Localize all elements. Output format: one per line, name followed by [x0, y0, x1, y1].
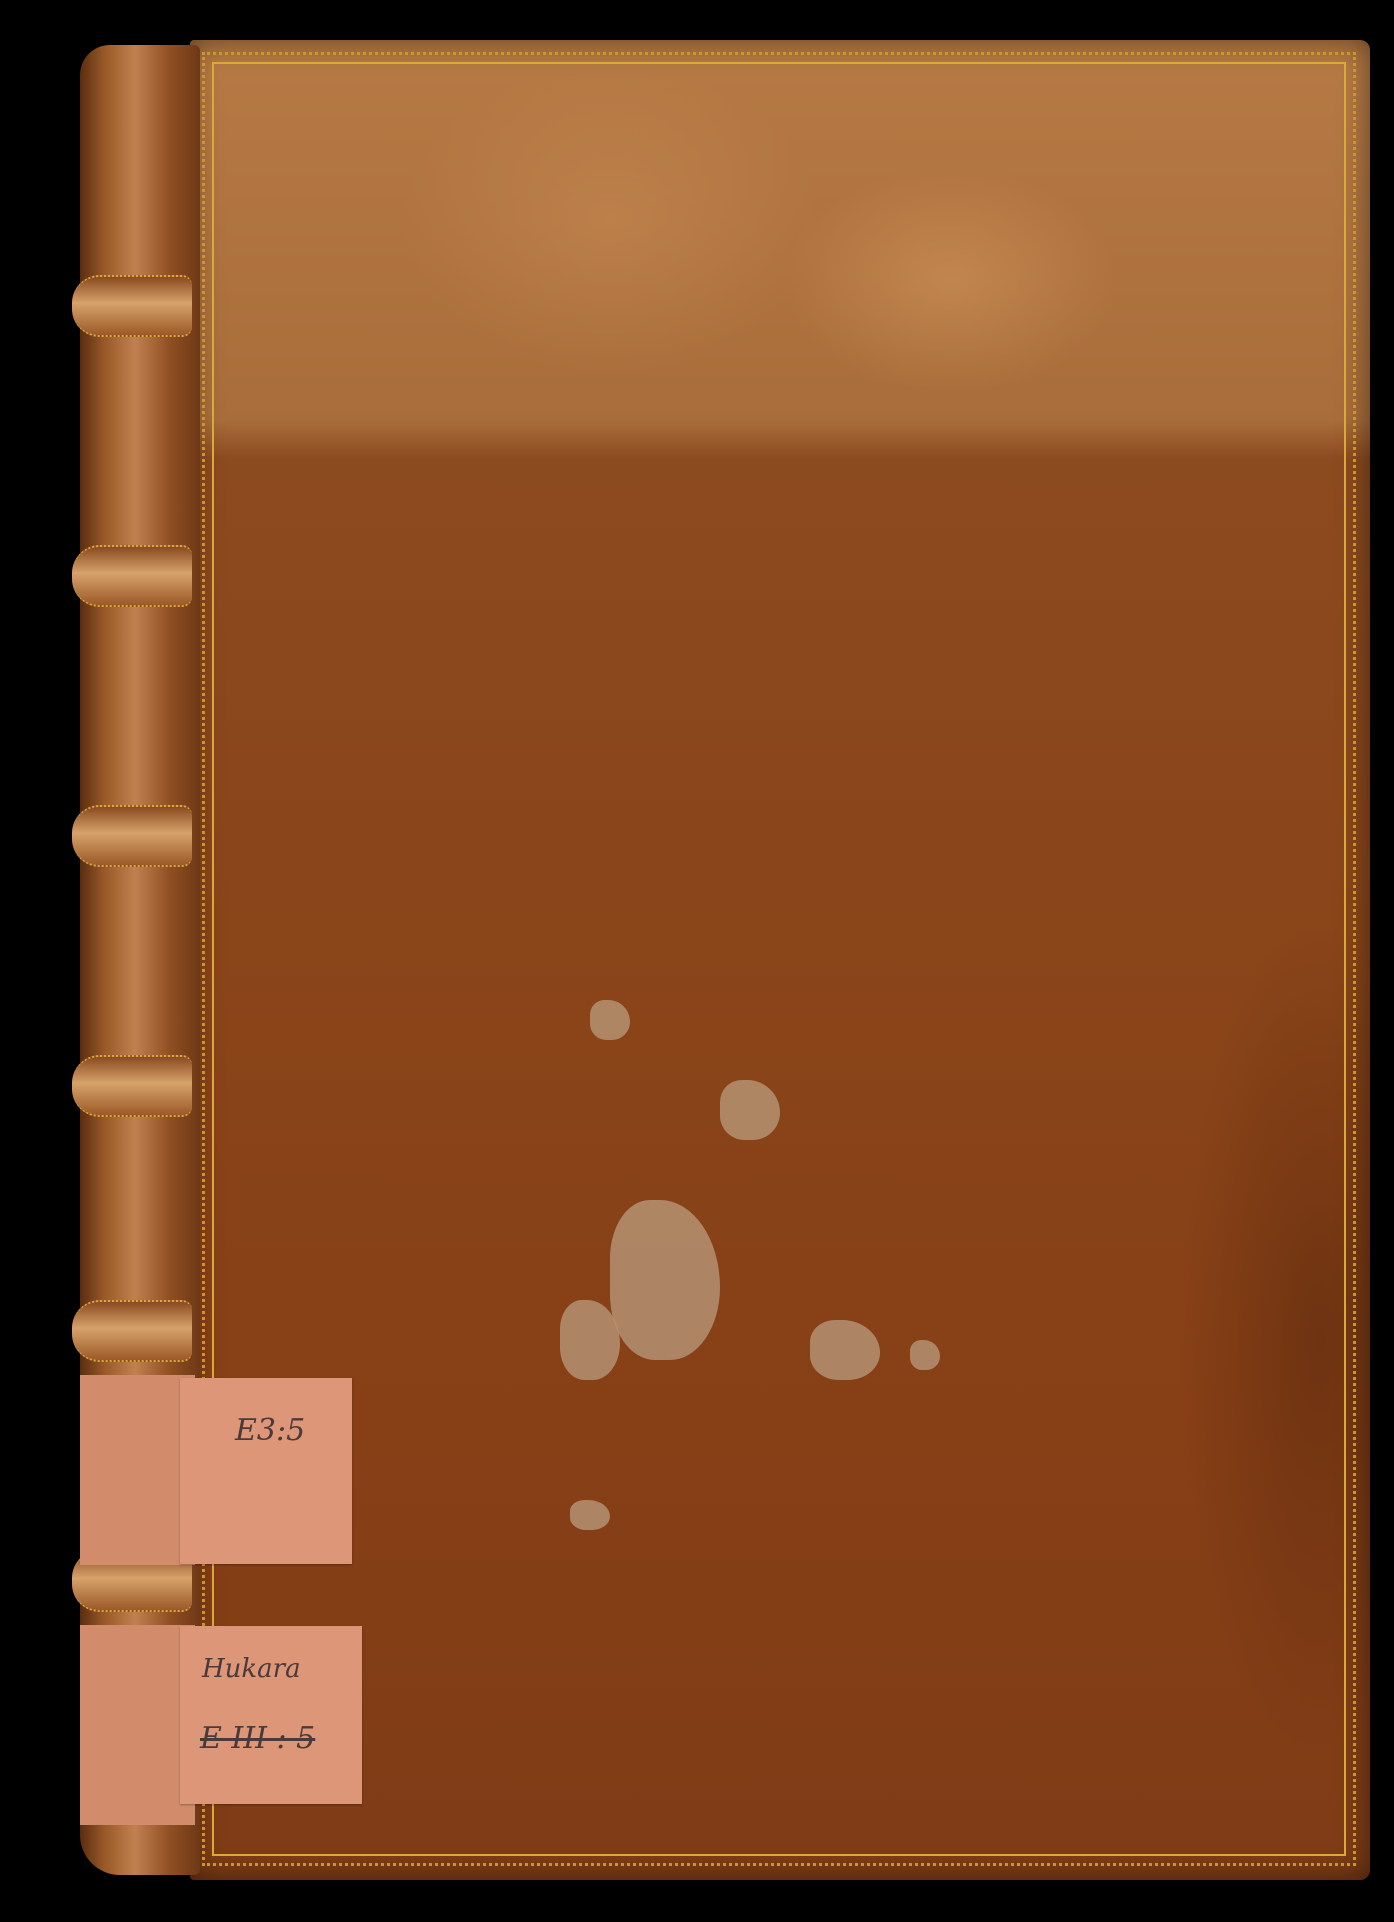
- label-code: E3:5: [235, 1413, 305, 1448]
- worn-patch: [590, 1000, 630, 1040]
- spine-label-upper: [80, 1375, 195, 1565]
- book: E3:5 Hukara E III : 5: [80, 40, 1370, 1880]
- label-shelfmark: E III : 5: [200, 1721, 315, 1756]
- gilt-fillet-border: [212, 62, 1346, 1856]
- worn-patch: [910, 1340, 940, 1370]
- spine-label-lower: [80, 1625, 195, 1825]
- worn-patch: [810, 1320, 880, 1380]
- label-name: Hukara: [202, 1654, 301, 1684]
- spine-band: [72, 1055, 192, 1117]
- front-cover: [190, 40, 1370, 1880]
- shelf-label-lower: Hukara E III : 5: [180, 1626, 362, 1804]
- worn-patch: [610, 1200, 720, 1360]
- spine: [80, 45, 200, 1875]
- spine-band: [72, 805, 192, 867]
- spine-band: [72, 545, 192, 607]
- shelf-label-upper: E3:5: [180, 1378, 352, 1564]
- spine-band: [72, 1300, 192, 1362]
- worn-patch: [720, 1080, 780, 1140]
- spine-band: [72, 275, 192, 337]
- worn-patch: [570, 1500, 610, 1530]
- gilt-dotted-border: [202, 52, 1356, 1866]
